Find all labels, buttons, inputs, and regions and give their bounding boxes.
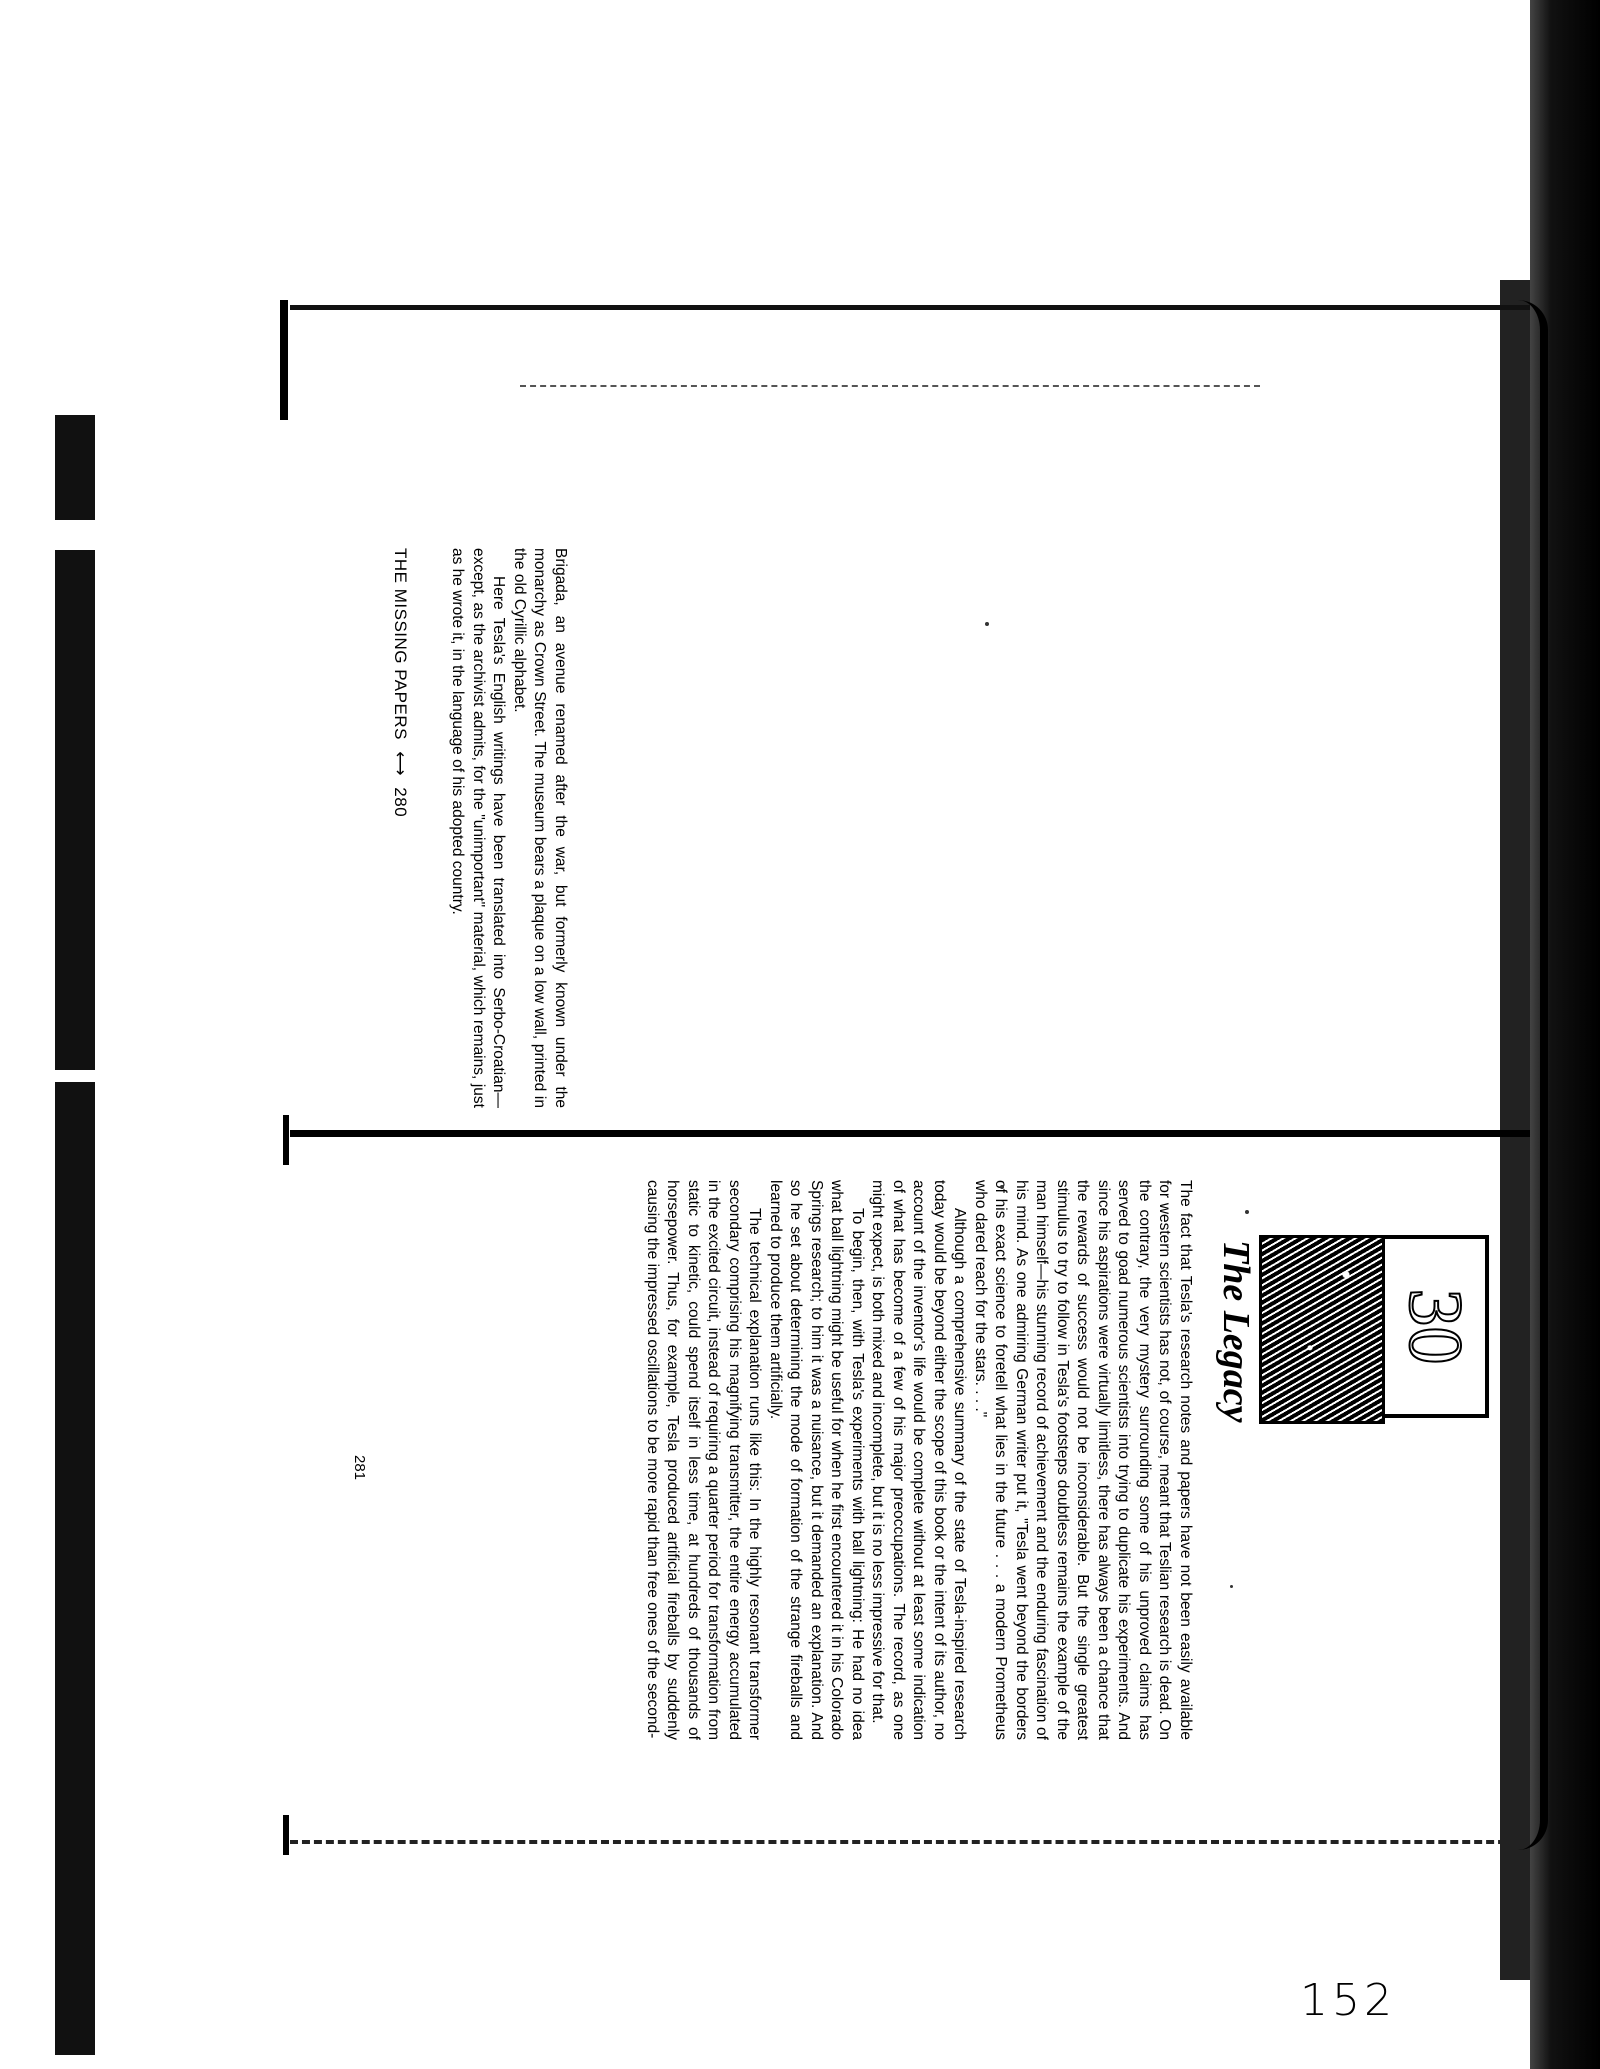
paragraph: Although a comprehensive summary of the … <box>867 1180 970 1740</box>
running-head: THE MISSING PAPERS ⟷ 280 <box>390 548 410 817</box>
right-page-body-text: The fact that Tesla's research notes and… <box>642 1180 1196 1740</box>
page-bottom-edge <box>290 1840 1530 1844</box>
right-page-frame: The fact that Tesla's research notes and… <box>395 1180 1195 1740</box>
page-corner-mark <box>280 300 288 420</box>
left-page-body-text: Brigada, an avenue renamed after the war… <box>447 548 570 1108</box>
double-arrow-icon: ⟷ <box>391 751 410 776</box>
book-spine-curve <box>1510 300 1548 1850</box>
left-page-text <box>1220 548 1370 1108</box>
page-number: 281 <box>351 1455 368 1480</box>
scan-speck <box>1000 1185 1004 1189</box>
paragraph: The fact that Tesla's research notes and… <box>970 1180 1196 1740</box>
page-top-edge-faint <box>520 385 1260 387</box>
chapter-title: The Legacy <box>1214 1240 1258 1423</box>
book-binding-shadow <box>55 415 95 2055</box>
chapter-header: 30 <box>1265 1235 1489 1418</box>
binding-gap <box>55 520 95 550</box>
left-page-frame: Brigada, an avenue renamed after the war… <box>420 548 570 1108</box>
paragraph: The technical explanation runs like this… <box>642 1180 765 1740</box>
binding-gap <box>55 1070 95 1082</box>
scan-speck <box>985 622 989 626</box>
chapter-badge: 30 <box>1265 1235 1489 1418</box>
handwritten-page-number: 152 <box>1300 1975 1396 2026</box>
chapter-illustration-lightning <box>1259 1235 1385 1424</box>
paragraph: Brigada, an avenue renamed after the war… <box>509 548 571 1108</box>
page-number: 280 <box>391 787 410 817</box>
scan-speck <box>1230 1585 1233 1588</box>
book-gutter <box>290 1130 1530 1137</box>
chapter-number: 30 <box>1392 1289 1479 1365</box>
chapter-number-box: 30 <box>1381 1235 1489 1418</box>
paragraph: To begin, then, with Tesla's experiments… <box>765 1180 868 1740</box>
page-corner-mark <box>283 1115 289 1165</box>
paragraph: Here Tesla's English writings have been … <box>447 548 509 1108</box>
scan-speck <box>1245 1210 1249 1214</box>
page-corner-mark <box>283 1815 289 1855</box>
running-head-title: THE MISSING PAPERS <box>391 548 410 740</box>
page-top-edge <box>290 305 1530 310</box>
